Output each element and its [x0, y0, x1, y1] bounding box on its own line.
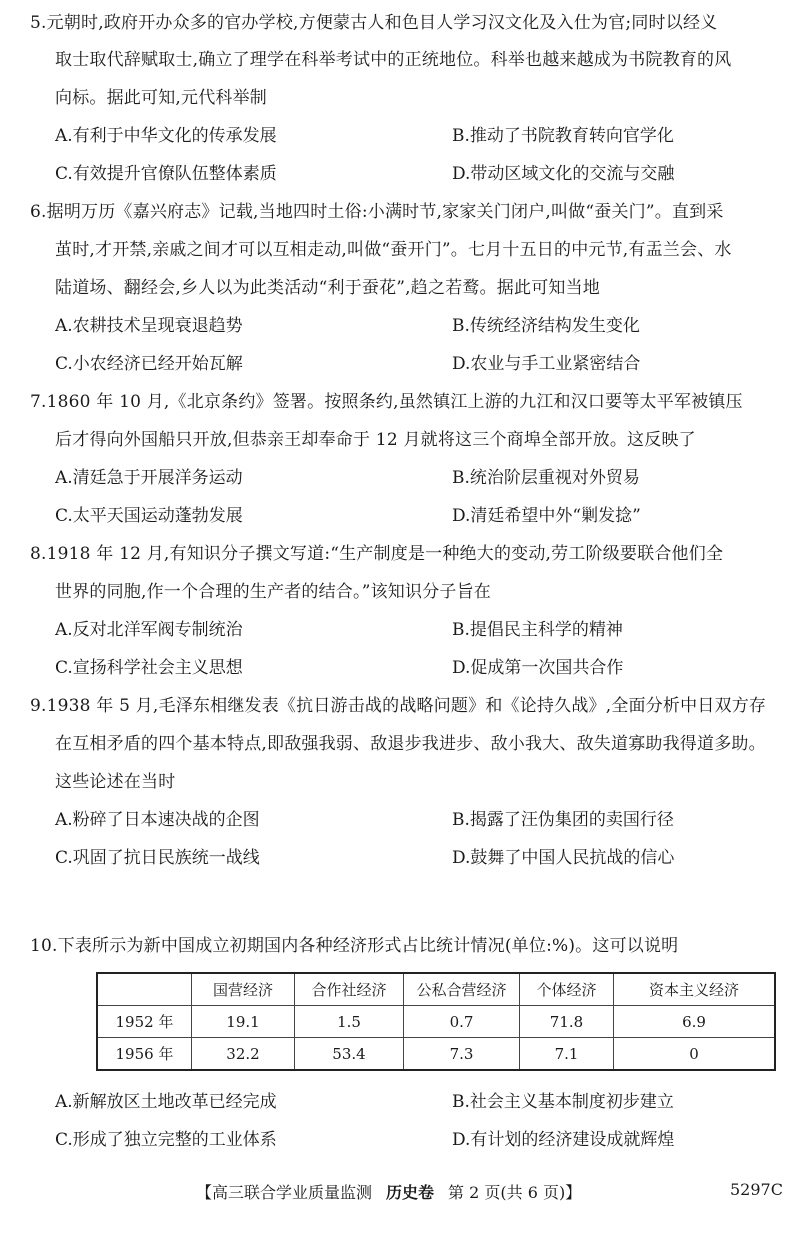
- table-header-cell: 国营经济: [192, 973, 295, 1006]
- table-cell: 0: [614, 1038, 776, 1071]
- question-5-option-c: C.有效提升官僚队伍整体素质: [55, 159, 277, 184]
- question-8-stem-line-1: 8.1918 年 12 月,有知识分子撰文写道:“生产制度是一种绝大的变动,劳工…: [30, 539, 723, 564]
- table-cell-year: 1952 年: [97, 1006, 192, 1038]
- economy-share-table: 国营经济 合作社经济 公私合营经济 个体经济 资本主义经济 1952 年 19.…: [96, 972, 776, 1071]
- table-cell: 19.1: [192, 1006, 295, 1038]
- question-8-stem-line-2: 世界的同胞,作一个合理的生产者的结合。”该知识分子旨在: [55, 577, 491, 602]
- question-7-option-a: A.清廷急于开展洋务运动: [55, 463, 243, 488]
- question-10-option-b: B.社会主义基本制度初步建立: [452, 1087, 674, 1112]
- table-cell: 7.3: [404, 1038, 520, 1071]
- question-5-stem-line-3: 向标。据此可知,元代科举制: [55, 83, 267, 108]
- table-row: 1952 年 19.1 1.5 0.7 71.8 6.9: [97, 1006, 775, 1038]
- question-10-stem-line-1: 10.下表所示为新中国成立初期国内各种经济形式占比统计情况(单位:%)。这可以说…: [30, 931, 678, 956]
- question-9-option-c: C.巩固了抗日民族统一战线: [55, 843, 260, 868]
- question-6-option-d: D.农业与手工业紧密结合: [452, 349, 640, 374]
- table-header-cell: 公私合营经济: [404, 973, 520, 1006]
- footer-exam-title: 【高三联合学业质量监测: [196, 1183, 372, 1202]
- question-6-stem-line-2: 茧时,才开禁,亲戚之间才可以互相走动,叫做“蚕开门”。七月十五日的中元节,有盂兰…: [55, 235, 732, 260]
- question-10-option-c: C.形成了独立完整的工业体系: [55, 1125, 277, 1150]
- question-8-option-d: D.促成第一次国共合作: [452, 653, 623, 678]
- question-7-option-c: C.太平天国运动蓬勃发展: [55, 501, 243, 526]
- question-6-option-b: B.传统经济结构发生变化: [452, 311, 640, 336]
- question-9-stem-line-1: 9.1938 年 5 月,毛泽东相继发表《抗日游击战的战略问题》和《论持久战》,…: [30, 691, 766, 716]
- table-cell: 32.2: [192, 1038, 295, 1071]
- question-7-stem-line-1: 7.1860 年 10 月,《北京条约》签署。按照条约,虽然镇江上游的九江和汉口…: [30, 387, 743, 412]
- table-cell: 7.1: [520, 1038, 614, 1071]
- footer-subject: 历史卷: [386, 1183, 434, 1202]
- table-header-row: 国营经济 合作社经济 公私合营经济 个体经济 资本主义经济: [97, 973, 775, 1006]
- question-9-option-a: A.粉碎了日本速决战的企图: [55, 805, 260, 830]
- question-6-option-a: A.农耕技术呈现衰退趋势: [55, 311, 243, 336]
- table-cell: 1.5: [295, 1006, 404, 1038]
- question-5-option-b: B.推动了书院教育转向官学化: [452, 121, 674, 146]
- question-8-option-b: B.提倡民主科学的精神: [452, 615, 623, 640]
- question-5-stem-line-1: 5.元朝时,政府开办众多的官办学校,方便蒙古人和色目人学习汉文化及入仕为官;同时…: [30, 8, 717, 33]
- table-header-cell: 合作社经济: [295, 973, 404, 1006]
- table-cell: 0.7: [404, 1006, 520, 1038]
- question-6-stem-line-3: 陆道场、翻经会,乡人以为此类活动“利于蚕花”,趋之若鹜。据此可知当地: [55, 273, 600, 298]
- page-footer: 【高三联合学业质量监测历史卷第 2 页(共 6 页)】: [196, 1180, 581, 1203]
- question-9-stem-line-3: 这些论述在当时: [55, 767, 175, 792]
- paper-code: 5297C: [730, 1180, 783, 1199]
- table-cell: 6.9: [614, 1006, 776, 1038]
- question-7-option-d: D.清廷希望中外“剿发捻”: [452, 501, 641, 526]
- question-9-stem-line-2: 在互相矛盾的四个基本特点,即敌强我弱、敌退步我进步、敌小我大、敌失道寡助我得道多…: [55, 729, 766, 754]
- question-10-option-a: A.新解放区土地改革已经完成: [55, 1087, 277, 1112]
- question-5-stem-line-2: 取士取代辞赋取士,确立了理学在科举考试中的正统地位。科举也越来越成为书院教育的风: [55, 45, 731, 70]
- table-cell-year: 1956 年: [97, 1038, 192, 1071]
- question-10-option-d: D.有计划的经济建设成就辉煌: [452, 1125, 674, 1150]
- question-7-stem-line-2: 后才得向外国船只开放,但恭亲王却奉命于 12 月就将这三个商埠全部开放。这反映了: [55, 425, 696, 450]
- table-cell: 53.4: [295, 1038, 404, 1071]
- question-8-option-c: C.宣扬科学社会主义思想: [55, 653, 243, 678]
- question-8-option-a: A.反对北洋军阀专制统治: [55, 615, 243, 640]
- table-cell: 71.8: [520, 1006, 614, 1038]
- question-7-option-b: B.统治阶层重视对外贸易: [452, 463, 640, 488]
- question-5-option-d: D.带动区域文化的交流与交融: [452, 159, 674, 184]
- footer-page-number: 第 2 页(共 6 页)】: [448, 1183, 581, 1202]
- table-row: 1956 年 32.2 53.4 7.3 7.1 0: [97, 1038, 775, 1071]
- question-9-option-b: B.揭露了汪伪集团的卖国行径: [452, 805, 674, 830]
- question-6-stem-line-1: 6.据明万历《嘉兴府志》记载,当地四时土俗:小满时节,家家关门闭户,叫做“蚕关门…: [30, 197, 724, 222]
- question-9-option-d: D.鼓舞了中国人民抗战的信心: [452, 843, 674, 868]
- table-header-cell: 个体经济: [520, 973, 614, 1006]
- table-header-cell: [97, 973, 192, 1006]
- table-header-cell: 资本主义经济: [614, 973, 776, 1006]
- question-6-option-c: C.小农经济已经开始瓦解: [55, 349, 243, 374]
- question-5-option-a: A.有利于中华文化的传承发展: [55, 121, 277, 146]
